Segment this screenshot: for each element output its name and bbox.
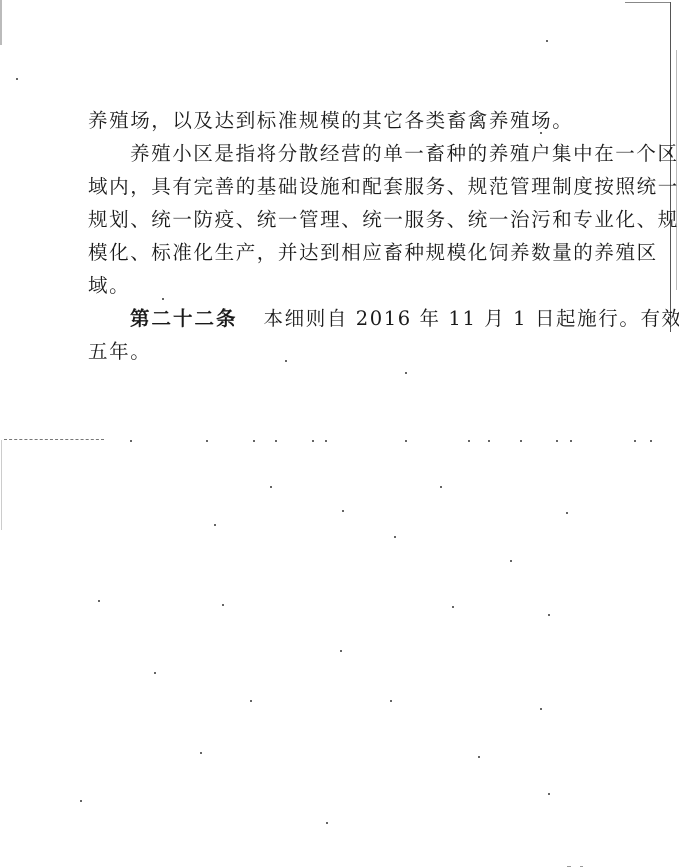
scan-speck [546,40,548,42]
article-continuation: 五年。 [88,335,604,368]
fold-line-artifact [4,439,104,441]
scan-speck [325,440,327,442]
scan-speck [154,672,156,674]
scan-speck [340,650,342,652]
scan-speck [488,440,490,442]
scan-edge-right [670,2,671,332]
scan-speck [468,440,470,442]
scan-speck [250,700,252,702]
scan-speck [162,298,164,300]
scan-speck [80,800,82,802]
scan-edge-right-outer [676,50,677,290]
scan-speck [312,440,314,442]
text-line: 规划、统一防疫、统一管理、统一服务、统一治污和专业化、规 [88,203,604,236]
scan-speck [520,440,522,442]
scan-speck [342,510,344,512]
scan-speck [478,756,480,758]
scan-speck [214,524,216,526]
text-line: 模化、标准化生产，并达到相应畜种规模化饲养数量的养殖区 [88,236,604,269]
scan-speck [634,440,636,442]
document-body: 养殖场，以及达到标准规模的其它各类畜禽养殖场。 养殖小区是指将分散经营的单一畜种… [88,104,604,368]
scan-speck [206,440,208,442]
scan-speck [275,440,277,442]
scan-edge-left-lower [1,440,2,530]
scan-speck [285,360,287,362]
scan-speck [270,486,272,488]
scan-speck [326,822,328,824]
scan-speck [440,486,442,488]
scan-speck [567,866,571,867]
scan-speck [540,132,542,134]
scan-speck [580,866,583,867]
scanned-page: 养殖场，以及达到标准规模的其它各类畜禽养殖场。 养殖小区是指将分散经营的单一畜种… [0,0,679,868]
scan-speck [548,793,550,795]
article-text: 本细则自 2016 年 11 月 1 日起施行。有效期 [264,307,679,330]
scan-speck [405,372,407,374]
scan-speck [222,604,224,606]
text-line: 养殖场，以及达到标准规模的其它各类畜禽养殖场。 [88,104,604,137]
scan-edge-top [625,2,671,3]
scan-speck [540,708,542,710]
article-label: 第二十二条 [130,307,238,330]
text-line: 域内，具有完善的基础设施和配套服务、规范管理制度按照统一 [88,170,604,203]
text-line: 养殖小区是指将分散经营的单一畜种的养殖户集中在一个区 [88,137,604,170]
scan-speck [16,78,18,80]
scan-speck [405,440,407,442]
scan-edge-left [0,0,2,45]
scan-speck [510,560,512,562]
scan-speck [556,440,558,442]
scan-speck [566,512,568,514]
scan-speck [253,440,255,442]
article-22: 第二十二条本细则自 2016 年 11 月 1 日起施行。有效期 [88,302,604,335]
scan-speck [394,536,396,538]
scan-speck [222,312,224,314]
scan-speck [390,700,392,702]
scan-speck [98,600,100,602]
scan-speck [200,752,202,754]
scan-speck [130,440,132,442]
scan-speck [650,440,652,442]
scan-speck [548,614,550,616]
scan-speck [570,440,572,442]
scan-speck [452,606,454,608]
text-line: 域。 [88,269,604,302]
